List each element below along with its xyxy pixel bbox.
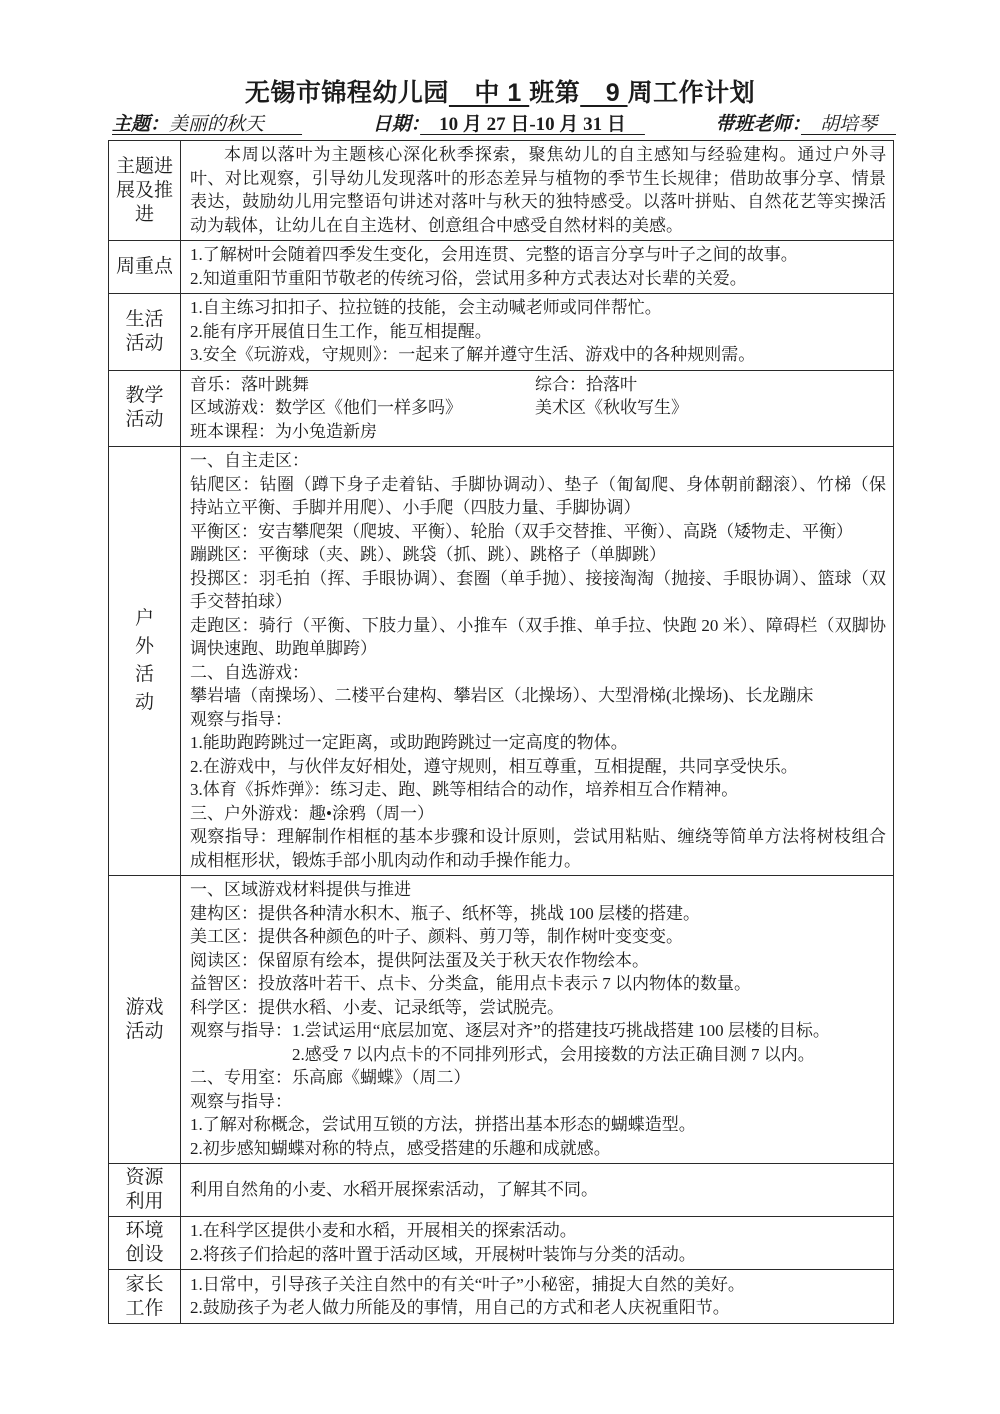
content-paragraph: 阅读区：保留原有绘本，提供阿法蛋及关于秋天农作物绘本。	[190, 949, 886, 973]
row-label-outdoor-activities: 户外活动	[109, 447, 181, 876]
row-label-line: 环境	[110, 1219, 179, 1243]
content-paragraph: 蹦跳区：平衡球（夹、跳）、跳袋（抓、跳）、跳格子（单脚跳）	[190, 543, 886, 567]
content-paragraph: 1.了解对称概念，尝试用互锁的方法，拼搭出基本形态的蝴蝶造型。	[190, 1113, 886, 1137]
content-paragraph: 2.能有序开展值日生工作，能互相提醒。	[190, 320, 886, 344]
teacher-label: 带班老师：	[715, 114, 801, 135]
row-label-line: 资源	[110, 1166, 179, 1190]
content-paragraph: 走跑区：骑行（平衡、下肢力量）、小推车（双手推、单手拉、快跑 20 米）、障碍栏…	[190, 614, 886, 661]
table-row-environment-setup: 环境创设1.在科学区提供小麦和水稻，开展相关的探索活动。2.将孩子们拾起的落叶置…	[109, 1217, 894, 1270]
plan-table-body: 主题进展及推进本周以落叶为主题核心深化秋季探索，聚焦幼儿的自主感知与经验建构。通…	[109, 141, 894, 1324]
content-paragraph: 平衡区：安吉攀爬架（爬坡、平衡）、轮胎（双手交替推、平衡）、高跷（矮物走、平衡）	[190, 520, 886, 544]
content-paragraph: 科学区：提供水稻、小麦、记录纸等，尝试脱壳。	[190, 996, 886, 1020]
row-label-line: 创设	[110, 1243, 179, 1267]
row-content-teaching-activities: 音乐：落叶跳舞综合：拾落叶区域游戏：数学区《他们一样多吗》美术区《秋收写生》班本…	[181, 370, 894, 447]
table-row-resource-use: 资源利用利用自然角的小麦、水稻开展探索活动，了解其不同。	[109, 1164, 894, 1217]
row-label-line: 游戏	[110, 996, 179, 1020]
content-paragraph: 观察与指导：	[190, 1090, 886, 1114]
pair-left: 音乐：落叶跳舞	[190, 373, 535, 397]
content-paragraph: 一、自主走区：	[190, 449, 886, 473]
row-label-line: 利用	[110, 1190, 179, 1214]
row-content-theme-progress: 本周以落叶为主题核心深化秋季探索，聚焦幼儿的自主感知与经验建构。通过户外寻叶、对…	[181, 141, 894, 241]
table-row-game-activities: 游戏活动一、区域游戏材料提供与推进建构区：提供各种清水积木、瓶子、纸杯等，挑战 …	[109, 876, 894, 1164]
weekly-plan-table: 主题进展及推进本周以落叶为主题核心深化秋季探索，聚焦幼儿的自主感知与经验建构。通…	[108, 140, 894, 1324]
content-paragraph: 2.知道重阳节重阳节敬老的传统习俗，尝试用多种方式表达对长辈的关爱。	[190, 267, 886, 291]
row-label-life-activities: 生活活动	[109, 294, 181, 371]
pair-left: 区域游戏：数学区《他们一样多吗》	[190, 396, 535, 420]
title-part: 班第	[529, 79, 580, 107]
row-content-parent-work: 1.日常中，引导孩子关注自然中的有关“叶子”小秘密，捕捉大自然的美好。2.鼓励孩…	[181, 1270, 894, 1324]
row-label-line: 周重点	[110, 255, 179, 279]
hanging-prefix: 观察与指导：	[190, 1019, 292, 1066]
hanging-items: 1.尝试运用“底层加宽、逐层对齐”的搭建技巧挑战搭建 100 层楼的目标。2.感…	[292, 1019, 886, 1066]
teacher-value: 胡培琴	[801, 114, 896, 135]
content-paragraph: 钻爬区：钻圈（蹲下身子走着钻、手脚协调动）、垫子（匍匐爬、身体朝前翻滚）、竹梯（…	[190, 473, 886, 520]
table-row-teaching-activities: 教学活动音乐：落叶跳舞综合：拾落叶区域游戏：数学区《他们一样多吗》美术区《秋收写…	[109, 370, 894, 447]
content-paragraph: 2.初步感知蝴蝶对称的特点，感受搭建的乐趣和成就感。	[190, 1137, 886, 1161]
row-label-line: 主题进	[110, 155, 179, 179]
content-paragraph: 3.安全《玩游戏，守规则》：一起来了解并遵守生活、游戏中的各种规则需。	[190, 343, 886, 367]
row-label-line: 户	[110, 605, 179, 633]
pair-right: 综合：拾落叶	[535, 373, 637, 397]
row-label-theme-progress: 主题进展及推进	[109, 141, 181, 241]
content-paragraph: 2.在游戏中，与伙伴友好相处，遵守规则，相互尊重，互相提醒，共同享受快乐。	[190, 755, 886, 779]
content-paragraph: 三、户外游戏：趣•涂鸦（周一）	[190, 802, 886, 826]
content-paragraph: 益智区：投放落叶若干、点卡、分类盒，能用点卡表示 7 以内物体的数量。	[190, 972, 886, 996]
content-paragraph: 一、区域游戏材料提供与推进	[190, 878, 886, 902]
title-part: 9	[580, 79, 627, 107]
content-paragraph: 1.日常中，引导孩子关注自然中的有关“叶子”小秘密，捕捉大自然的美好。	[190, 1273, 886, 1297]
content-paragraph: 美工区：提供各种颜色的叶子、颜料、剪刀等，制作树叶变变变。	[190, 925, 886, 949]
row-content-weekly-focus: 1.了解树叶会随着四季发生变化，会用连贯、完整的语言分享与叶子之间的故事。2.知…	[181, 241, 894, 294]
content-paragraph: 1.在科学区提供小麦和水稻，开展相关的探索活动。	[190, 1219, 886, 1243]
theme-value: 美丽的秋天	[169, 114, 302, 135]
content-paragraph: 1.能助跑跨跳过一定距离，或助跑跨跳过一定高度的物体。	[190, 731, 886, 755]
content-paragraph: 观察指导：理解制作相框的基本步骤和设计原则，尝试用粘贴、缠绕等简单方法将树枝组合…	[190, 825, 886, 872]
content-paragraph: 2.鼓励孩子为老人做力所能及的事情，用自己的方式和老人庆祝重阳节。	[190, 1296, 886, 1320]
content-paragraph: 投掷区：羽毛拍（挥、手眼协调）、套圈（单手抛）、接接淘淘（抛接、手眼协调）、篮球…	[190, 567, 886, 614]
document-page: 无锡市锦程幼儿园 中 1 班第 9 周工作计划 主题：美丽的秋天 日期： 10 …	[0, 0, 1000, 1414]
content-paragraph: 二、专用室：乐高廊《蝴蝶》（周二）	[190, 1066, 886, 1090]
content-paragraph: 1.自主练习扣扣子、拉拉链的技能，会主动喊老师或同伴帮忙。	[190, 296, 886, 320]
row-label-line: 活	[110, 661, 179, 689]
date-field: 日期： 10 月 27 日-10 月 31 日	[373, 112, 645, 138]
row-label-line: 展及推	[110, 179, 179, 203]
row-label-line: 活动	[110, 332, 179, 356]
document-header: 主题：美丽的秋天 日期： 10 月 27 日-10 月 31 日 带班老师： 胡…	[112, 112, 896, 138]
teacher-field: 带班老师： 胡培琴	[715, 112, 896, 138]
content-paragraph: 本周以落叶为主题核心深化秋季探索，聚焦幼儿的自主感知与经验建构。通过户外寻叶、对…	[190, 143, 886, 237]
title-part: 中 1	[449, 79, 529, 107]
content-hanging-block: 观察与指导：1.尝试运用“底层加宽、逐层对齐”的搭建技巧挑战搭建 100 层楼的…	[190, 1019, 886, 1066]
content-paragraph: 班本课程：为小兔造新房	[190, 420, 886, 444]
row-label-teaching-activities: 教学活动	[109, 370, 181, 447]
content-paragraph: 建构区：提供各种清水积木、瓶子、纸杯等，挑战 100 层楼的搭建。	[190, 902, 886, 926]
content-paragraph: 2.将孩子们拾起的落叶置于活动区域，开展树叶装饰与分类的活动。	[190, 1243, 886, 1267]
row-label-weekly-focus: 周重点	[109, 241, 181, 294]
row-label-line: 外	[110, 633, 179, 661]
row-content-resource-use: 利用自然角的小麦、水稻开展探索活动，了解其不同。	[181, 1164, 894, 1217]
row-label-line: 工作	[110, 1297, 179, 1321]
row-label-line: 教学	[110, 384, 179, 408]
hanging-item: 1.尝试运用“底层加宽、逐层对齐”的搭建技巧挑战搭建 100 层楼的目标。	[292, 1019, 886, 1043]
row-label-line: 动	[110, 689, 179, 717]
theme-label: 主题：	[112, 114, 169, 135]
row-label-line: 进	[110, 203, 179, 227]
row-content-game-activities: 一、区域游戏材料提供与推进建构区：提供各种清水积木、瓶子、纸杯等，挑战 100 …	[181, 876, 894, 1164]
table-row-life-activities: 生活活动1.自主练习扣扣子、拉拉链的技能，会主动喊老师或同伴帮忙。2.能有序开展…	[109, 294, 894, 371]
document-title: 无锡市锦程幼儿园 中 1 班第 9 周工作计划	[0, 78, 1000, 108]
row-label-parent-work: 家长工作	[109, 1270, 181, 1324]
row-label-resource-use: 资源利用	[109, 1164, 181, 1217]
table-row-parent-work: 家长工作1.日常中，引导孩子关注自然中的有关“叶子”小秘密，捕捉大自然的美好。2…	[109, 1270, 894, 1324]
content-paragraph: 3.体育《拆炸弹》：练习走、跑、跳等相结合的动作，培养相互合作精神。	[190, 778, 886, 802]
table-row-theme-progress: 主题进展及推进本周以落叶为主题核心深化秋季探索，聚焦幼儿的自主感知与经验建构。通…	[109, 141, 894, 241]
pair-right: 美术区《秋收写生》	[535, 396, 688, 420]
table-row-weekly-focus: 周重点1.了解树叶会随着四季发生变化，会用连贯、完整的语言分享与叶子之间的故事。…	[109, 241, 894, 294]
content-paragraph: 攀岩墙（南操场）、二楼平台建构、攀岩区（北操场）、大型滑梯(北操场)、长龙蹦床	[190, 684, 886, 708]
date-value: 10 月 27 日-10 月 31 日	[420, 114, 645, 135]
content-paragraph: 利用自然角的小麦、水稻开展探索活动，了解其不同。	[190, 1178, 886, 1202]
content-paragraph: 观察与指导：	[190, 708, 886, 732]
title-part: 周工作计划	[628, 79, 756, 107]
theme-field: 主题：美丽的秋天	[112, 112, 302, 138]
row-label-line: 生活	[110, 308, 179, 332]
row-content-life-activities: 1.自主练习扣扣子、拉拉链的技能，会主动喊老师或同伴帮忙。2.能有序开展值日生工…	[181, 294, 894, 371]
row-label-line: 活动	[110, 1020, 179, 1044]
content-paragraph: 二、自选游戏：	[190, 661, 886, 685]
content-paragraph: 1.了解树叶会随着四季发生变化，会用连贯、完整的语言分享与叶子之间的故事。	[190, 243, 886, 267]
row-label-environment-setup: 环境创设	[109, 1217, 181, 1270]
title-part: 无锡市锦程幼儿园	[245, 79, 449, 107]
row-label-game-activities: 游戏活动	[109, 876, 181, 1164]
date-label: 日期：	[373, 114, 421, 135]
row-label-line: 家长	[110, 1273, 179, 1297]
row-content-outdoor-activities: 一、自主走区：钻爬区：钻圈（蹲下身子走着钻、手脚协调动）、垫子（匍匐爬、身体朝前…	[181, 447, 894, 876]
row-content-environment-setup: 1.在科学区提供小麦和水稻，开展相关的探索活动。2.将孩子们拾起的落叶置于活动区…	[181, 1217, 894, 1270]
table-row-outdoor-activities: 户外活动一、自主走区：钻爬区：钻圈（蹲下身子走着钻、手脚协调动）、垫子（匍匐爬、…	[109, 447, 894, 876]
hanging-item: 2.感受 7 以内点卡的不同排列形式，会用接数的方法正确目测 7 以内。	[292, 1043, 886, 1067]
content-pair-line: 音乐：落叶跳舞综合：拾落叶	[190, 373, 886, 397]
content-pair-line: 区域游戏：数学区《他们一样多吗》美术区《秋收写生》	[190, 396, 886, 420]
row-label-line: 活动	[110, 408, 179, 432]
